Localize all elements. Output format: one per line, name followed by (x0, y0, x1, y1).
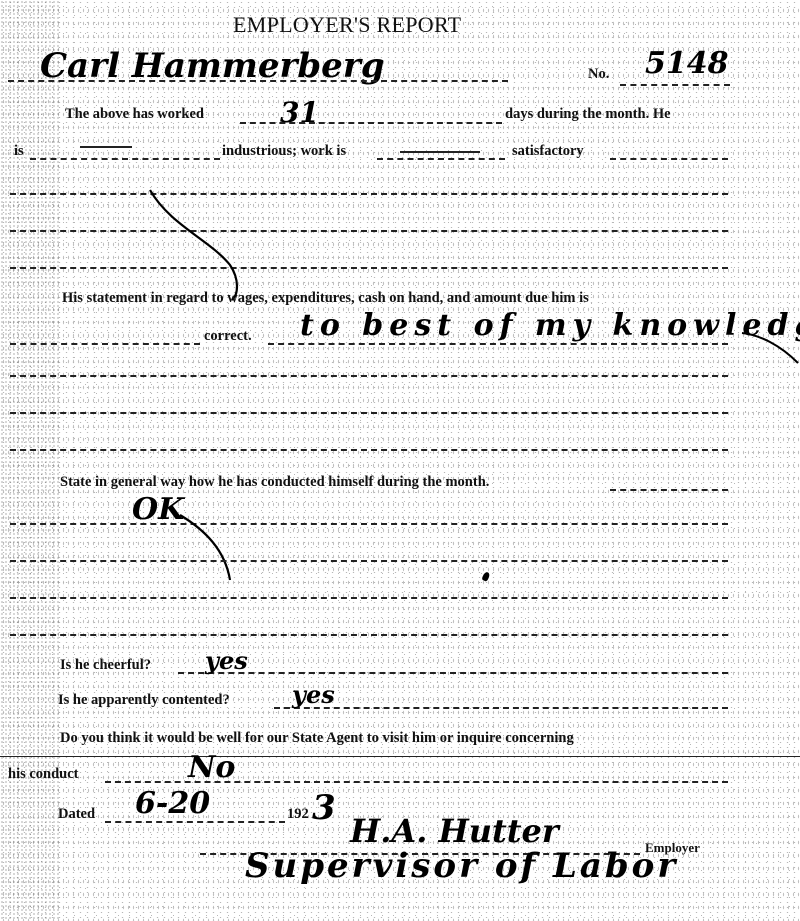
blank-line-3 (10, 267, 728, 269)
is-label: is (14, 143, 24, 160)
blank-line-1 (10, 193, 728, 195)
cheerful-answer: yes (205, 646, 248, 675)
industrious-dash-mark (80, 146, 132, 148)
year-suffix: 3 (312, 788, 336, 828)
date-line (105, 821, 285, 823)
number-label: No. (588, 66, 609, 83)
industrious-line (30, 158, 220, 160)
conduct-line-5 (10, 634, 728, 636)
statement-line-right (268, 343, 728, 345)
report-title: EMPLOYER'S REPORT (233, 12, 461, 38)
blank-line-6 (10, 449, 728, 451)
report-number: 5148 (645, 46, 729, 81)
conduct-line-4 (10, 597, 728, 599)
conduct-line-3 (10, 560, 728, 562)
dated-label: Dated (58, 806, 95, 823)
statement-line-left (10, 343, 200, 345)
fold-line (0, 756, 800, 757)
blank-line-2 (10, 230, 728, 232)
contented-label: Is he apparently contented? (58, 692, 230, 709)
employer-signature: H.A. Hutter (350, 812, 559, 850)
strike-curve-mark-2 (175, 510, 255, 590)
cheerful-label: Is he cheerful? (60, 657, 151, 674)
satisfactory-line (610, 158, 728, 160)
contented-answer: yes (292, 680, 335, 709)
date-value: 6-20 (135, 786, 210, 821)
statement-answer: to best of my knowledge (300, 308, 800, 343)
agent-answer: No (188, 750, 235, 785)
agent-question-line2: his conduct (8, 766, 79, 783)
blank-line-5 (10, 412, 728, 414)
conduct-line-2 (10, 523, 728, 525)
year-prefix: 192 (287, 806, 309, 823)
industrious-label: industrious; work is (222, 143, 346, 160)
statement-flourish-mark (740, 325, 800, 365)
strike-curve-mark-1 (140, 185, 250, 305)
employer-title: Supervisor of Labor (245, 846, 678, 886)
days-worked: 31 (280, 96, 319, 129)
contented-line (274, 707, 728, 709)
worked-prefix: The above has worked (65, 106, 204, 123)
work-dash-mark (400, 151, 480, 153)
blank-line-4 (10, 375, 728, 377)
statement-label: His statement in regard to wages, expend… (62, 290, 589, 307)
worked-suffix: days during the month. He (505, 106, 671, 123)
correct-label: correct. (204, 328, 252, 345)
agent-question-line1: Do you think it would be well for our St… (60, 730, 574, 747)
conduct-line-1 (610, 489, 728, 491)
conduct-label: State in general way how he has conducte… (60, 474, 489, 491)
work-line (377, 158, 505, 160)
number-line (620, 84, 730, 86)
name-line (8, 80, 508, 82)
satisfactory-label: satisfactory (512, 143, 584, 160)
cheerful-line (178, 672, 728, 674)
